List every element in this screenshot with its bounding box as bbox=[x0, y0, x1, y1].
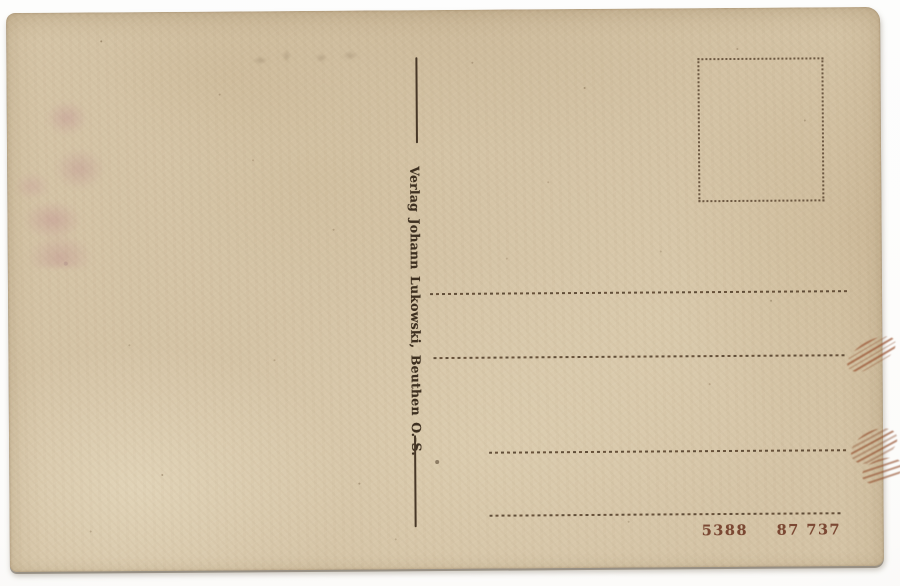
address-line-4 bbox=[490, 512, 842, 516]
publisher-imprint: Verlag Johann Lukowski, Beuthen O.-S. bbox=[405, 166, 424, 428]
serial-number: 5388 87 737 bbox=[702, 521, 842, 539]
serial-number-right: 87 737 bbox=[777, 521, 842, 538]
divider-top-line bbox=[415, 57, 418, 143]
postcard-back: Verlag Johann Lukowski, Beuthen O.-S. 53… bbox=[6, 7, 884, 572]
paper-specks bbox=[6, 13, 8, 15]
serial-number-left: 5388 bbox=[702, 522, 748, 539]
brown-streak-top bbox=[842, 329, 900, 379]
address-line-1 bbox=[430, 290, 850, 295]
address-line-3 bbox=[489, 449, 846, 453]
scan-background: Verlag Johann Lukowski, Beuthen O.-S. 53… bbox=[0, 0, 900, 586]
pink-stain bbox=[7, 97, 108, 268]
stamp-box bbox=[697, 57, 824, 202]
faint-pencil-marks bbox=[231, 36, 376, 79]
address-line-2 bbox=[433, 354, 847, 359]
